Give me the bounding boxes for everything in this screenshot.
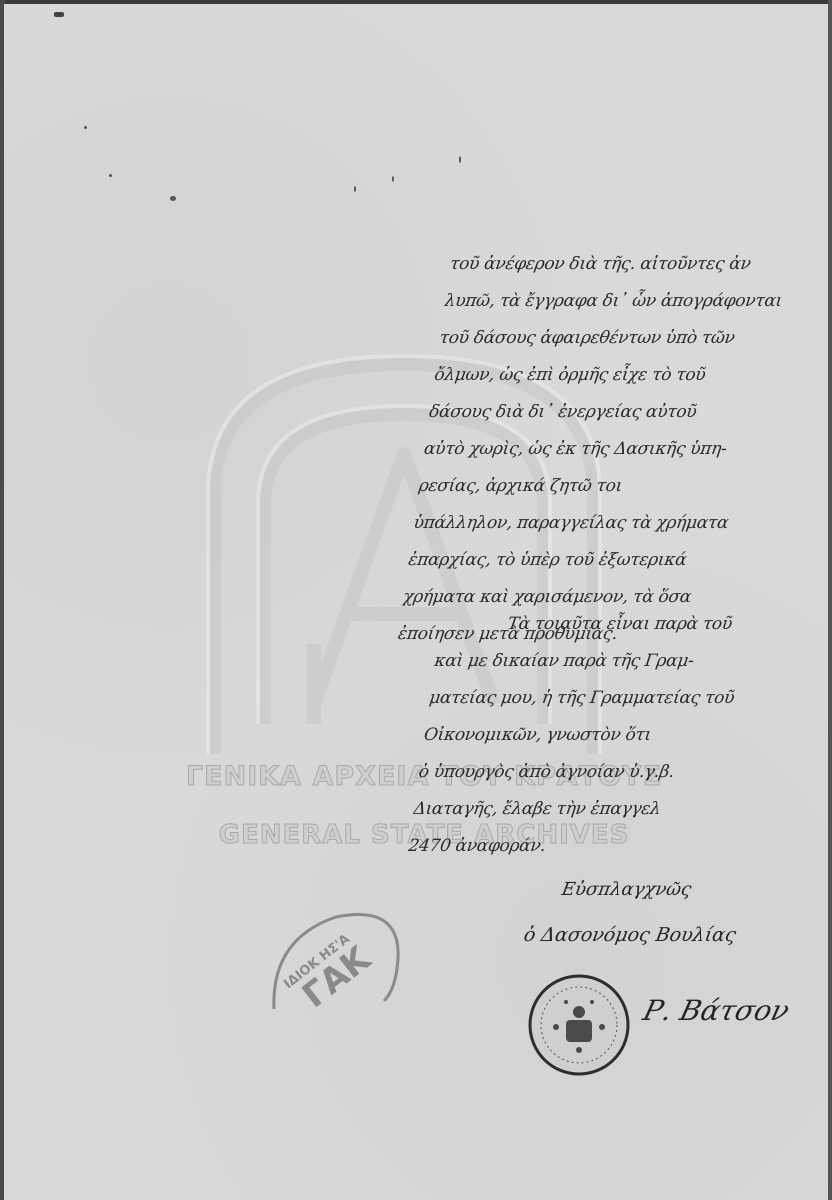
body-line: 2470 ἀναφοράν.	[406, 828, 811, 865]
body-line: ρεσίας, ἀρχικά ζητῶ τοι	[416, 468, 821, 505]
body-line: ὄλμων, ὡς ἐπὶ ὀρμῆς εἶχε τὸ τοῦ	[432, 357, 832, 394]
paper-speck	[54, 12, 64, 17]
closing-line-2: ὁ Δασονόμος Βουλίας	[522, 924, 738, 946]
body-line: δάσους διὰ δι᾽ ἐνεργείας αὐτοῦ	[427, 394, 832, 431]
paper-speck	[170, 196, 176, 201]
body-line: λυπῶ, τὰ ἔγγραφα δι᾽ ὧν ἀπογράφονται	[442, 283, 832, 320]
body-line: Διαταγῆς, ἔλαβε τὴν ἐπαγγελ	[411, 791, 816, 828]
body-line: ματείας μου, ἡ τῆς Γραμματείας τοῦ	[427, 680, 832, 717]
paper-speck	[84, 126, 87, 129]
closing-line-1: Εὐσπλαγχνῶς	[560, 879, 693, 900]
archive-stamp-gak-icon: ΙΔΙΟΚ ΗΣ'Α ΓΑΚ	[266, 909, 406, 1019]
body-line: Οἰκονομικῶν, γνωστὸν ὅτι	[421, 717, 826, 754]
handwritten-body: τοῦ ἀνέφερον διὰ τῆς. αἰτοῦντες ἀν λυπῶ,…	[395, 246, 832, 653]
body-line: καὶ με δικαίαν παρὰ τῆς Γραμ-	[432, 643, 832, 680]
manuscript-page: ΓΕΝΙΚΑ ΑΡΧΕΙΑ ΤΟΥ ΚΡΑΤΟΥΣ GENERAL STATE …	[4, 4, 828, 1200]
paper-speck	[354, 186, 356, 192]
paper-speck	[392, 176, 394, 182]
body-line: ἐπαρχίας, τὸ ὑπὲρ τοῦ ἐξωτερικά	[406, 542, 811, 579]
body-line: τοῦ ἀνέφερον διὰ τῆς. αἰτοῦντες ἀν	[447, 246, 832, 283]
official-seal-icon	[526, 972, 632, 1078]
signature: Ρ. Βάτσον	[640, 994, 793, 1027]
paper-speck	[109, 174, 112, 177]
body-line: Τὰ τοιαῦτα εἶναι παρὰ τοῦ	[437, 606, 832, 643]
handwritten-paragraph-2: Τὰ τοιαῦτα εἶναι παρὰ τοῦ καὶ με δικαίαν…	[406, 606, 832, 865]
body-line: ὑπάλληλον, παραγγείλας τὰ χρήματα	[411, 505, 816, 542]
body-line: αὐτὸ χωρὶς, ὡς ἐκ τῆς Δασικῆς ὑπη-	[421, 431, 826, 468]
paper-speck	[459, 156, 461, 163]
scan-border-right	[828, 0, 832, 1200]
body-line: ὁ ὑπουργὸς ἀπὸ ἀγνοίαν ὑ.γ.β.	[416, 754, 821, 791]
body-line: τοῦ δάσους ἀφαιρεθέντων ὑπὸ τῶν	[437, 320, 832, 357]
